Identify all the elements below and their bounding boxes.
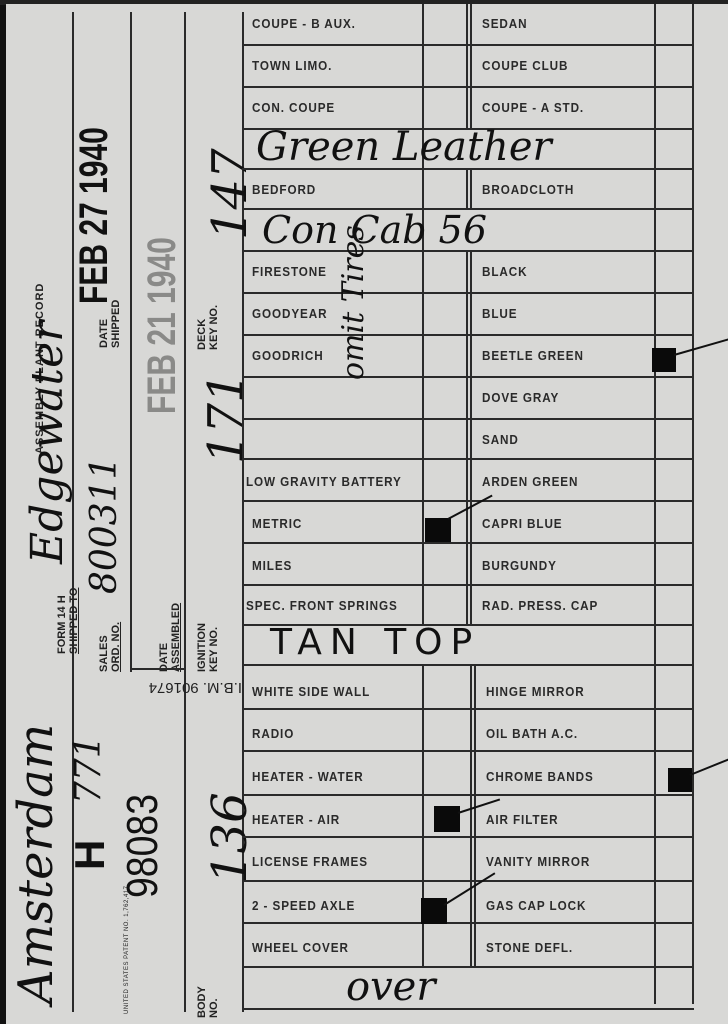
row-line xyxy=(242,542,694,544)
option-blue: BLUE xyxy=(482,306,517,321)
divider xyxy=(422,250,424,624)
check-mark-metric xyxy=(425,518,451,542)
date-shipped-label-2: SHIPPED xyxy=(110,300,122,348)
option-capri-blue: CAPRI BLUE xyxy=(482,516,563,531)
option-coupe-b-aux: COUPE - B AUX. xyxy=(252,16,356,31)
divider xyxy=(184,12,186,1012)
row-line xyxy=(242,334,694,336)
option-beetle-green: BEETLE GREEN xyxy=(482,348,584,363)
option-arden-green: ARDEN GREEN xyxy=(482,474,578,489)
date-assembled-label-2: ASSEMBLED xyxy=(170,603,182,672)
body-no-label-2: NO. xyxy=(208,998,220,1018)
check-mark-beetle-green xyxy=(652,348,676,372)
option-burgundy: BURGUNDY xyxy=(482,558,557,573)
option-miles: MILES xyxy=(252,558,292,573)
option-goodrich: GOODRICH xyxy=(252,348,324,363)
row-line xyxy=(242,86,694,88)
serial-number: 98083 xyxy=(118,794,168,898)
date-shipped-stamp: FEB 27 1940 xyxy=(74,127,114,304)
row-line xyxy=(242,44,694,46)
option-air-filter: AIR FILTER xyxy=(486,812,558,827)
option-stone-defl: STONE DEFL. xyxy=(486,940,573,955)
row-line xyxy=(242,922,694,924)
ignition-key-label-2: KEY NO. xyxy=(208,627,220,672)
series-letter: H xyxy=(66,840,114,870)
divider xyxy=(470,168,472,208)
row-line xyxy=(242,584,694,586)
row-line xyxy=(242,880,694,882)
option-bedford: BEDFORD xyxy=(252,182,316,197)
option-radio: RADIO xyxy=(252,726,294,741)
sales-ord-label: SALES xyxy=(98,635,110,672)
check-mark-heater-air xyxy=(434,806,460,832)
body-no-value: 136 xyxy=(202,792,258,884)
sales-ord-value: 800311 xyxy=(84,457,125,594)
date-shipped-label: DATE xyxy=(98,319,110,348)
divider xyxy=(130,668,184,670)
divider xyxy=(470,4,472,128)
deck-key-label: DECK xyxy=(196,319,208,350)
option-chrome-bands: CHROME BANDS xyxy=(486,769,594,784)
divider xyxy=(470,250,472,624)
row-line xyxy=(242,458,694,460)
option-con-coupe: CON. COUPE xyxy=(252,100,335,115)
option-rad-press-cap: RAD. PRESS. CAP xyxy=(482,598,598,613)
handwritten-body-type: Con Cab 56 xyxy=(262,208,487,252)
option-metric: METRIC xyxy=(252,516,302,531)
shipped-to-label: SHIPPED TO xyxy=(68,588,80,654)
option-vanity-mirror: VANITY MIRROR xyxy=(486,854,590,869)
option-dove-gray: DOVE GRAY xyxy=(482,390,559,405)
option-spec-front-springs: SPEC. FRONT SPRINGS xyxy=(246,598,398,613)
row-line xyxy=(242,794,694,796)
divider xyxy=(130,12,132,672)
option-low-gravity-battery: LOW GRAVITY BATTERY xyxy=(246,474,402,489)
row-line xyxy=(242,664,694,666)
handwritten-over: over xyxy=(346,964,435,1010)
row-line xyxy=(242,500,694,502)
option-coupe-club: COUPE CLUB xyxy=(482,58,568,73)
option-town-limo: TOWN LIMO. xyxy=(252,58,332,73)
option-2-speed-axle: 2 - SPEED AXLE xyxy=(252,898,355,913)
option-gas-cap-lock: GAS CAP LOCK xyxy=(486,898,586,913)
assembly-plant-record-card: ASSEMBLY PLANT RECORD FORM 14 H SHIPPED … xyxy=(6,4,728,1024)
row-line xyxy=(242,750,694,752)
option-black: BLACK xyxy=(482,264,527,279)
option-sand: SAND xyxy=(482,432,519,447)
option-heater-water: HEATER - WATER xyxy=(252,769,364,784)
row-line xyxy=(242,1008,694,1010)
option-license-frames: LICENSE FRAMES xyxy=(252,854,368,869)
option-goodyear: GOODYEAR xyxy=(252,306,327,321)
date-assembled-stamp: FEB 21 1940 xyxy=(142,237,182,414)
form-number: FORM 14 H xyxy=(56,595,68,654)
row-line xyxy=(242,418,694,420)
divider xyxy=(654,4,656,1004)
handwritten-omit-tires: omit Tires xyxy=(336,225,371,380)
option-sedan: SEDAN xyxy=(482,16,527,31)
leader-line xyxy=(690,758,728,776)
handwritten-upholstery: Green Leather xyxy=(256,124,552,170)
deck-key-label-2: KEY NO. xyxy=(208,305,220,350)
patent-text: UNITED STATES PATENT NO. 1,762,417 xyxy=(124,886,130,1014)
divider xyxy=(466,250,468,624)
check-mark-chrome-bands xyxy=(668,768,692,792)
check-mark-2-speed-axle xyxy=(421,898,447,924)
option-wheel-cover: WHEEL COVER xyxy=(252,940,349,955)
divider xyxy=(466,168,468,208)
ignition-key-label: IGNITION xyxy=(196,623,208,672)
body-no-label: BODY xyxy=(196,986,208,1018)
row-line xyxy=(242,292,694,294)
row-line xyxy=(242,836,694,838)
code-771: 771 xyxy=(68,735,109,804)
option-white-side-wall: WHITE SIDE WALL xyxy=(252,684,370,699)
handwritten-top: TAN TOP xyxy=(270,622,480,663)
deck-key-value: 147 xyxy=(202,148,258,240)
divider xyxy=(692,4,694,1004)
shipped-to-value: Edgewater xyxy=(22,321,73,564)
dealer-value: Amsterdam xyxy=(8,724,64,1004)
option-broadcloth: BROADCLOTH xyxy=(482,182,574,197)
leader-line xyxy=(674,338,728,356)
option-coupe-a-std: COUPE - A STD. xyxy=(482,100,584,115)
option-firestone: FIRESTONE xyxy=(252,264,327,279)
option-oil-bath-ac: OIL BATH A.C. xyxy=(486,726,578,741)
row-line xyxy=(242,376,694,378)
row-line xyxy=(242,966,694,968)
option-heater-air: HEATER - AIR xyxy=(252,812,340,827)
row-line xyxy=(242,708,694,710)
sales-ord-label-2: ORD. NO. xyxy=(110,622,122,672)
option-hinge-mirror: HINGE MIRROR xyxy=(486,684,585,699)
divider xyxy=(466,4,468,128)
